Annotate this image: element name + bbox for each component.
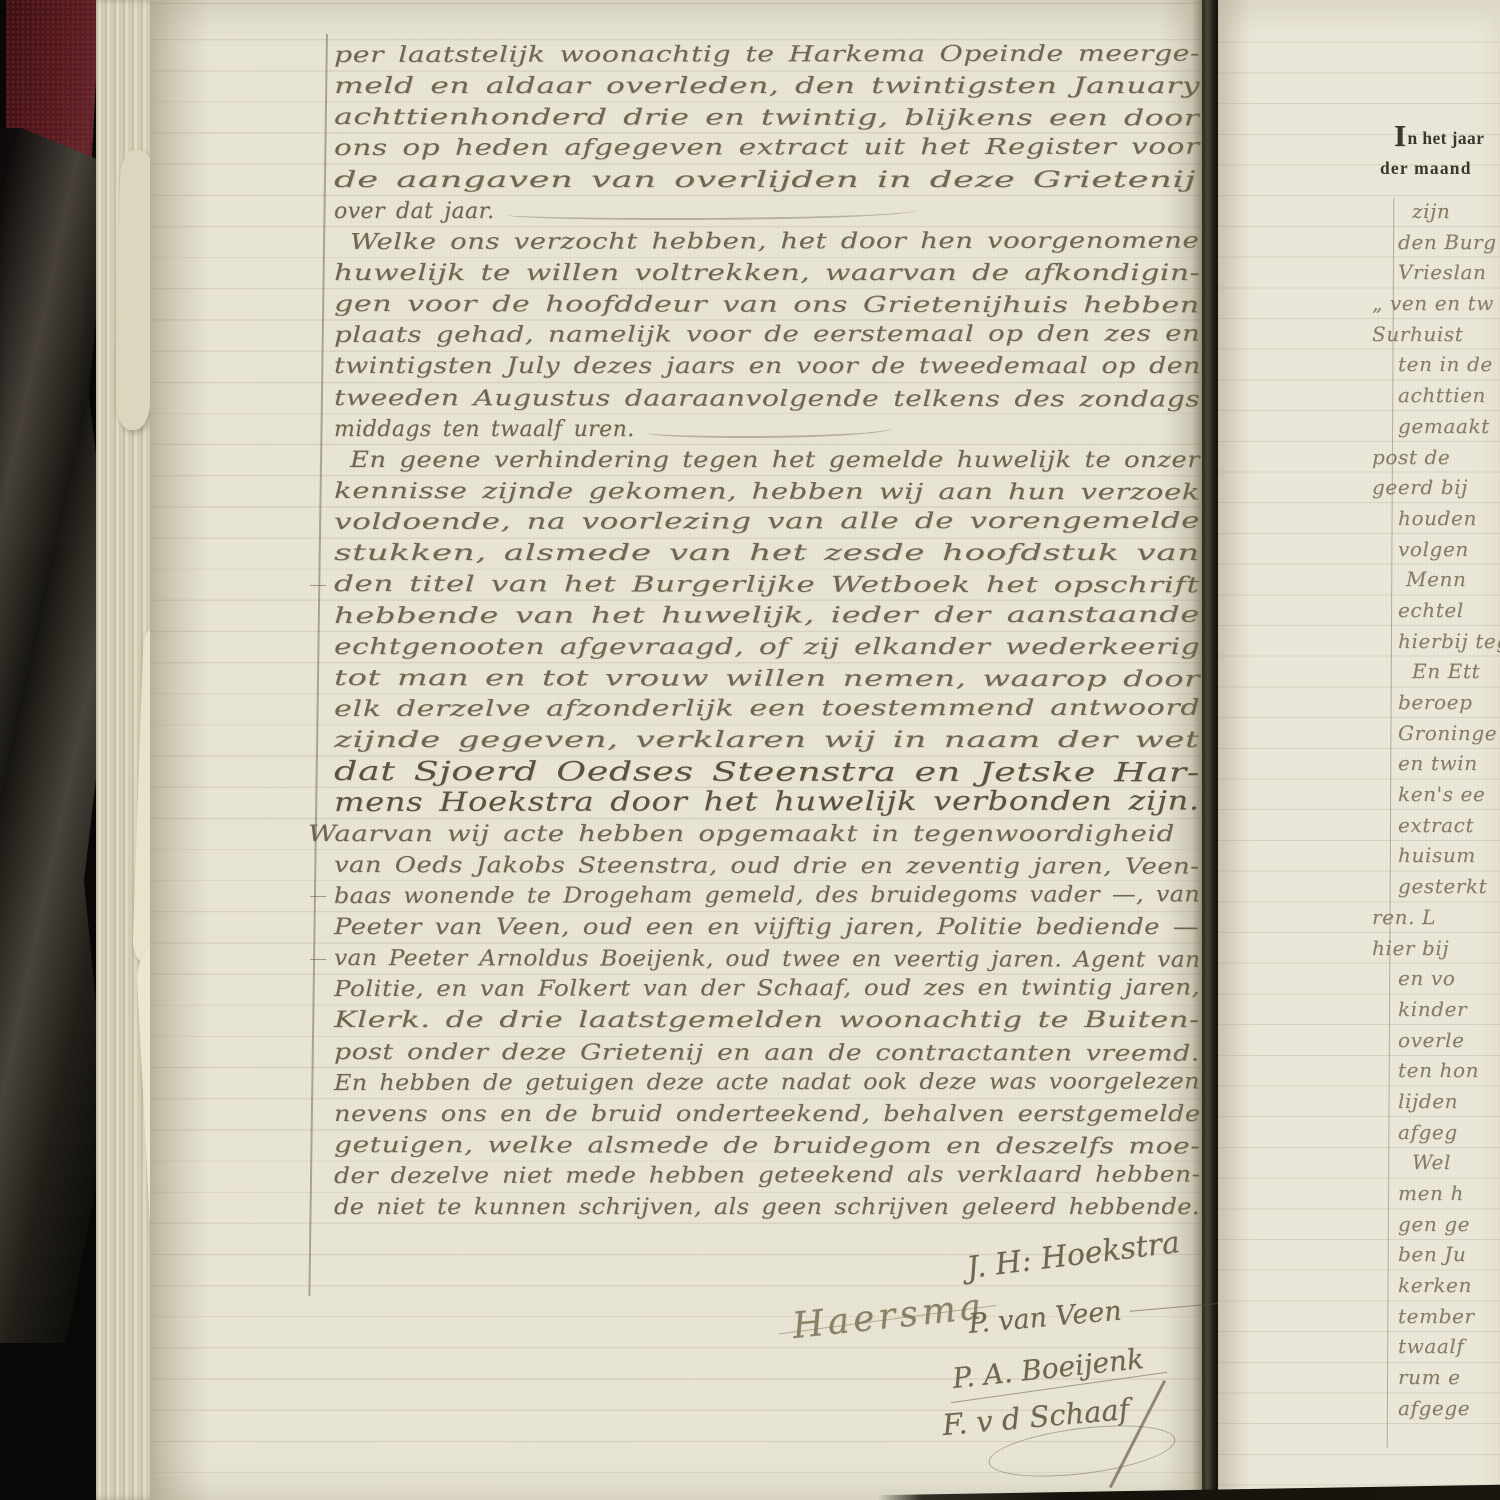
manuscript-line: post onder deze Grietenij en aan de cont… (334, 1037, 1202, 1068)
right-page-line: geerd bij (1372, 472, 1500, 503)
right-page-line: ten in de (1398, 349, 1500, 380)
right-page-line: ren. L (1372, 902, 1500, 933)
manuscript-line-text: dat Sjoerd Oedses Steenstra en Jetske Ha… (334, 756, 1200, 788)
manuscript-line-text: Peeter van Veen, oud een en vijftig jare… (334, 912, 1199, 943)
signature-official: Haersma (790, 1286, 987, 1347)
right-page-line: den Burg (1398, 227, 1500, 258)
right-page-line: gen ge (1398, 1209, 1500, 1240)
manuscript-line-text: van Oeds Jakobs Steenstra, oud drie en z… (334, 850, 1199, 883)
right-page-line: rum e (1398, 1362, 1500, 1393)
manuscript-line-text: Welke ons verzocht hebben, het door hen … (350, 225, 1199, 258)
margin-dash (310, 959, 326, 960)
right-page-line: Wel (1412, 1147, 1500, 1178)
manuscript-line-text: den titel van het Burgerlijke Wetboek he… (334, 569, 1200, 601)
manuscript-line: mens Hoekstra door het huwelijk verbonde… (334, 787, 1202, 818)
right-page-line: gemaakt (1398, 411, 1500, 442)
manuscript-line-text: Politie, en van Folkert van der Schaaf, … (334, 973, 1200, 1006)
manuscript-line: middags ten twaalf uren. (334, 414, 1202, 445)
manuscript-line-text: nevens ons en de bruid onderteekend, beh… (334, 1099, 1201, 1130)
manuscript-line-text: En geene verhindering tegen het gemelde … (350, 445, 1200, 476)
manuscript-line-text: ons op heden afgegeven extract uit het R… (334, 132, 1200, 165)
manuscript-line: nevens ons en de bruid onderteekend, beh… (334, 1099, 1202, 1130)
manuscript-line: En geene verhindering tegen het gemelde … (334, 445, 1202, 476)
manuscript-line-text: post onder deze Grietenij en aan de cont… (334, 1037, 1200, 1070)
manuscript-line: stukken, alsmede van het zesde hoofdstuk… (334, 538, 1202, 569)
right-margin-rule-line (1387, 198, 1395, 1448)
manuscript-line: huwelijk te willen voltrekken, waarvan d… (334, 258, 1202, 289)
manuscript-line: gen voor de hoofddeur van ons Grietenijh… (334, 289, 1202, 320)
margin-dash (310, 896, 326, 897)
printed-line-2: der maand (1380, 157, 1484, 179)
manuscript-line: kennisse zijnde gekomen, hebben wij aan … (334, 476, 1202, 507)
right-page-line: ben Ju (1398, 1239, 1500, 1270)
right-page-line: extract (1398, 810, 1500, 841)
manuscript-line-text: twintigsten July dezes jaars en voor de … (334, 351, 1201, 382)
right-page-line: overle (1398, 1025, 1500, 1056)
manuscript-line: elk derzelve afzonderlijk een toestemmen… (334, 694, 1202, 725)
right-page-line: kinder (1398, 994, 1500, 1025)
right-page-line: Vrieslan (1398, 257, 1500, 288)
margin-dash (310, 585, 326, 586)
manuscript-line-text: der dezelve niet mede hebben geteekend a… (334, 1159, 1201, 1192)
right-page-line: echtel (1398, 595, 1500, 626)
right-page-line: houden (1398, 503, 1500, 534)
right-page-line: ten hon (1398, 1055, 1500, 1086)
manuscript-line-text: kennisse zijnde gekomen, hebben wij aan … (334, 476, 1200, 509)
signature-witness-1: J. H: Hoekstra (965, 1225, 1182, 1286)
right-page-manuscript: zijnden BurgVrieslan„ ven en twSurhuistt… (1398, 196, 1500, 1424)
right-page-line: Menn (1406, 564, 1500, 595)
manuscript-line: meld en aldaar overleden, den twintigste… (334, 71, 1202, 102)
manuscript-line: Klerk. de drie laatstgemelden woonachtig… (334, 1005, 1202, 1036)
right-page-line: volgen (1398, 534, 1500, 565)
right-page-line: ken's ee (1398, 779, 1500, 810)
manuscript-line-text: echtgenooten afgevraagd, of zij elkander… (334, 632, 1200, 663)
manuscript-line-text: baas wonende te Drogeham gemeld, des bru… (334, 879, 1200, 912)
manuscript-line: tot man en tot vrouw willen nemen, waaro… (334, 663, 1202, 694)
manuscript-line: plaats gehad, namelijk voor de eerstemaa… (334, 320, 1202, 351)
right-page-line: Groninge (1398, 718, 1500, 749)
manuscript-line: der dezelve niet mede hebben geteekend a… (334, 1161, 1202, 1192)
manuscript-line: tweeden Augustus daaraanvolgende telkens… (334, 383, 1202, 414)
manuscript-line: En hebben de getuigen deze acte nadat oo… (334, 1068, 1202, 1099)
right-page-line: En Ett (1412, 656, 1500, 687)
manuscript-line-text: En hebben de getuigen deze acte nadat oo… (334, 1066, 1200, 1099)
right-page-line: men h (1398, 1178, 1500, 1209)
manuscript-line: van Oeds Jakobs Steenstra, oud drie en z… (334, 850, 1202, 881)
right-page-line: beroep (1398, 687, 1500, 718)
manuscript-line: baas wonende te Drogeham gemeld, des bru… (334, 881, 1202, 912)
manuscript-line: van Peeter Arnoldus Boeijenk, oud twee e… (334, 943, 1202, 974)
signature-witness-3: P. A. Boeijenk (951, 1342, 1146, 1395)
manuscript-line: echtgenooten afgevraagd, of zij elkander… (334, 632, 1202, 663)
manuscript-line: zijnde gegeven, verklaren wij in naam de… (334, 725, 1202, 756)
line-filler-flourish (647, 422, 892, 438)
manuscript-line: hebbende van het huwelijk, ieder der aan… (334, 601, 1202, 632)
torn-page-flap (116, 150, 155, 431)
manuscript-line-text: tweeden Augustus daaraanvolgende telkens… (334, 383, 1200, 416)
manuscript-line: den titel van het Burgerlijke Wetboek he… (334, 569, 1202, 600)
manuscript-line: voldoende, na voorlezing van alle de vor… (334, 507, 1202, 538)
manuscript-line-text: plaats gehad, namelijk voor de eerstemaa… (334, 319, 1200, 352)
manuscript-line-text: huwelijk te willen voltrekken, waarvan d… (334, 258, 1200, 289)
manuscript-line: Politie, en van Folkert van der Schaaf, … (334, 974, 1202, 1005)
line-filler-flourish (507, 204, 917, 220)
manuscript-line: achttienhonderd drie en twintig, blijken… (334, 102, 1202, 133)
right-page-line: lijden (1398, 1086, 1500, 1117)
manuscript-line-text: Waarvan wij acte hebben opgemaakt in teg… (308, 819, 1175, 850)
right-page-line: afgeg (1398, 1117, 1500, 1148)
manuscript-line-text: de aangaven van overlijden in deze Griet… (334, 165, 1196, 196)
manuscript-line-text: meld en aldaar overleden, den twintigste… (334, 71, 1200, 102)
manuscript-line-text: middags ten twaalf uren. (334, 414, 635, 445)
right-page-line: „ ven en tw (1372, 288, 1500, 319)
manuscript-line-text: gen voor de hoofddeur van ons Grietenijh… (334, 289, 1200, 321)
manuscript-line: twintigsten July dezes jaars en voor de … (334, 351, 1202, 382)
manuscript-line-text: tot man en tot vrouw willen nemen, waaro… (334, 663, 1200, 695)
manuscript-line-text: Klerk. de drie laatstgemelden woonachtig… (334, 1005, 1200, 1036)
right-page-line: post de (1372, 442, 1500, 473)
right-page-line: twaalf (1398, 1331, 1500, 1362)
manuscript-line: over dat jaar. (334, 196, 1202, 227)
manuscript-line-text: per laatstelijk woonachtig te Harkema Op… (334, 39, 1200, 72)
right-page-line: achttien (1398, 380, 1500, 411)
manuscript-line-text: elk derzelve afzonderlijk een toestemmen… (334, 693, 1200, 725)
manuscript-line: Waarvan wij acte hebben opgemaakt in teg… (334, 819, 1202, 850)
right-page-line: tember (1398, 1301, 1500, 1332)
manuscript-line-text: mens Hoekstra door het huwelijk verbonde… (334, 786, 1200, 819)
manuscript-line-text: over dat jaar. (334, 196, 495, 227)
right-page-line: en vo (1398, 963, 1500, 994)
printed-form-header: In het jaar der maand (1394, 124, 1484, 179)
manuscript-line: per laatstelijk woonachtig te Harkema Op… (334, 40, 1202, 71)
left-margin-rule-line (308, 34, 327, 1296)
right-page-line: hierbij teg (1398, 626, 1500, 657)
printed-line-1: In het jaar (1394, 124, 1484, 150)
left-page: per laatstelijk woonachtig te Harkema Op… (150, 0, 1202, 1500)
manuscript-line: dat Sjoerd Oedses Steenstra en Jetske Ha… (334, 756, 1202, 787)
manuscript-line-text: van Peeter Arnoldus Boeijenk, oud twee e… (334, 943, 1200, 976)
manuscript-line: ons op heden afgegeven extract uit het R… (334, 133, 1202, 164)
manuscript-line: Welke ons verzocht hebben, het door hen … (334, 227, 1202, 258)
manuscript-line: de aangaven van overlijden in deze Griet… (334, 165, 1202, 196)
right-page-line: en twin (1398, 748, 1500, 779)
right-page-line: Surhuist (1372, 319, 1500, 350)
manuscript-line-text: getuigen, welke alsmede de bruidegom en … (334, 1130, 1200, 1163)
printed-line-1-text: n het jaar (1407, 128, 1484, 148)
manuscript-line: Peeter van Veen, oud een en vijftig jare… (334, 912, 1202, 943)
right-page-line: gesterkt (1398, 871, 1500, 902)
manuscript-line-text: de niet te kunnen schrijven, als geen sc… (334, 1192, 1200, 1223)
manuscript-text: per laatstelijk woonachtig te Harkema Op… (334, 40, 1202, 1223)
page-gutter (1192, 0, 1220, 1500)
manuscript-line-text: stukken, alsmede van het zesde hoofdstuk… (334, 538, 1200, 569)
manuscript-line: de niet te kunnen schrijven, als geen sc… (334, 1192, 1202, 1223)
printed-drop-cap: I (1394, 118, 1406, 153)
right-page-line: kerken (1398, 1270, 1500, 1301)
manuscript-line-text: achttienhonderd drie en twintig, blijken… (334, 102, 1200, 134)
manuscript-line: getuigen, welke alsmede de bruidegom en … (334, 1130, 1202, 1161)
right-page-line: huisum (1398, 840, 1500, 871)
right-page-line: hier bij (1372, 933, 1500, 964)
manuscript-line-text: hebbende van het huwelijk, ieder der aan… (334, 599, 1200, 631)
right-page-line: afgege (1398, 1393, 1500, 1424)
manuscript-line-text: voldoende, na voorlezing van alle de vor… (334, 506, 1200, 538)
right-page: In het jaar der maand zijnden BurgVriesl… (1218, 0, 1500, 1500)
book-scan: per laatstelijk woonachtig te Harkema Op… (0, 0, 1500, 1500)
right-page-line: zijn (1412, 196, 1500, 227)
manuscript-line-text: zijnde gegeven, verklaren wij in naam de… (334, 725, 1199, 756)
